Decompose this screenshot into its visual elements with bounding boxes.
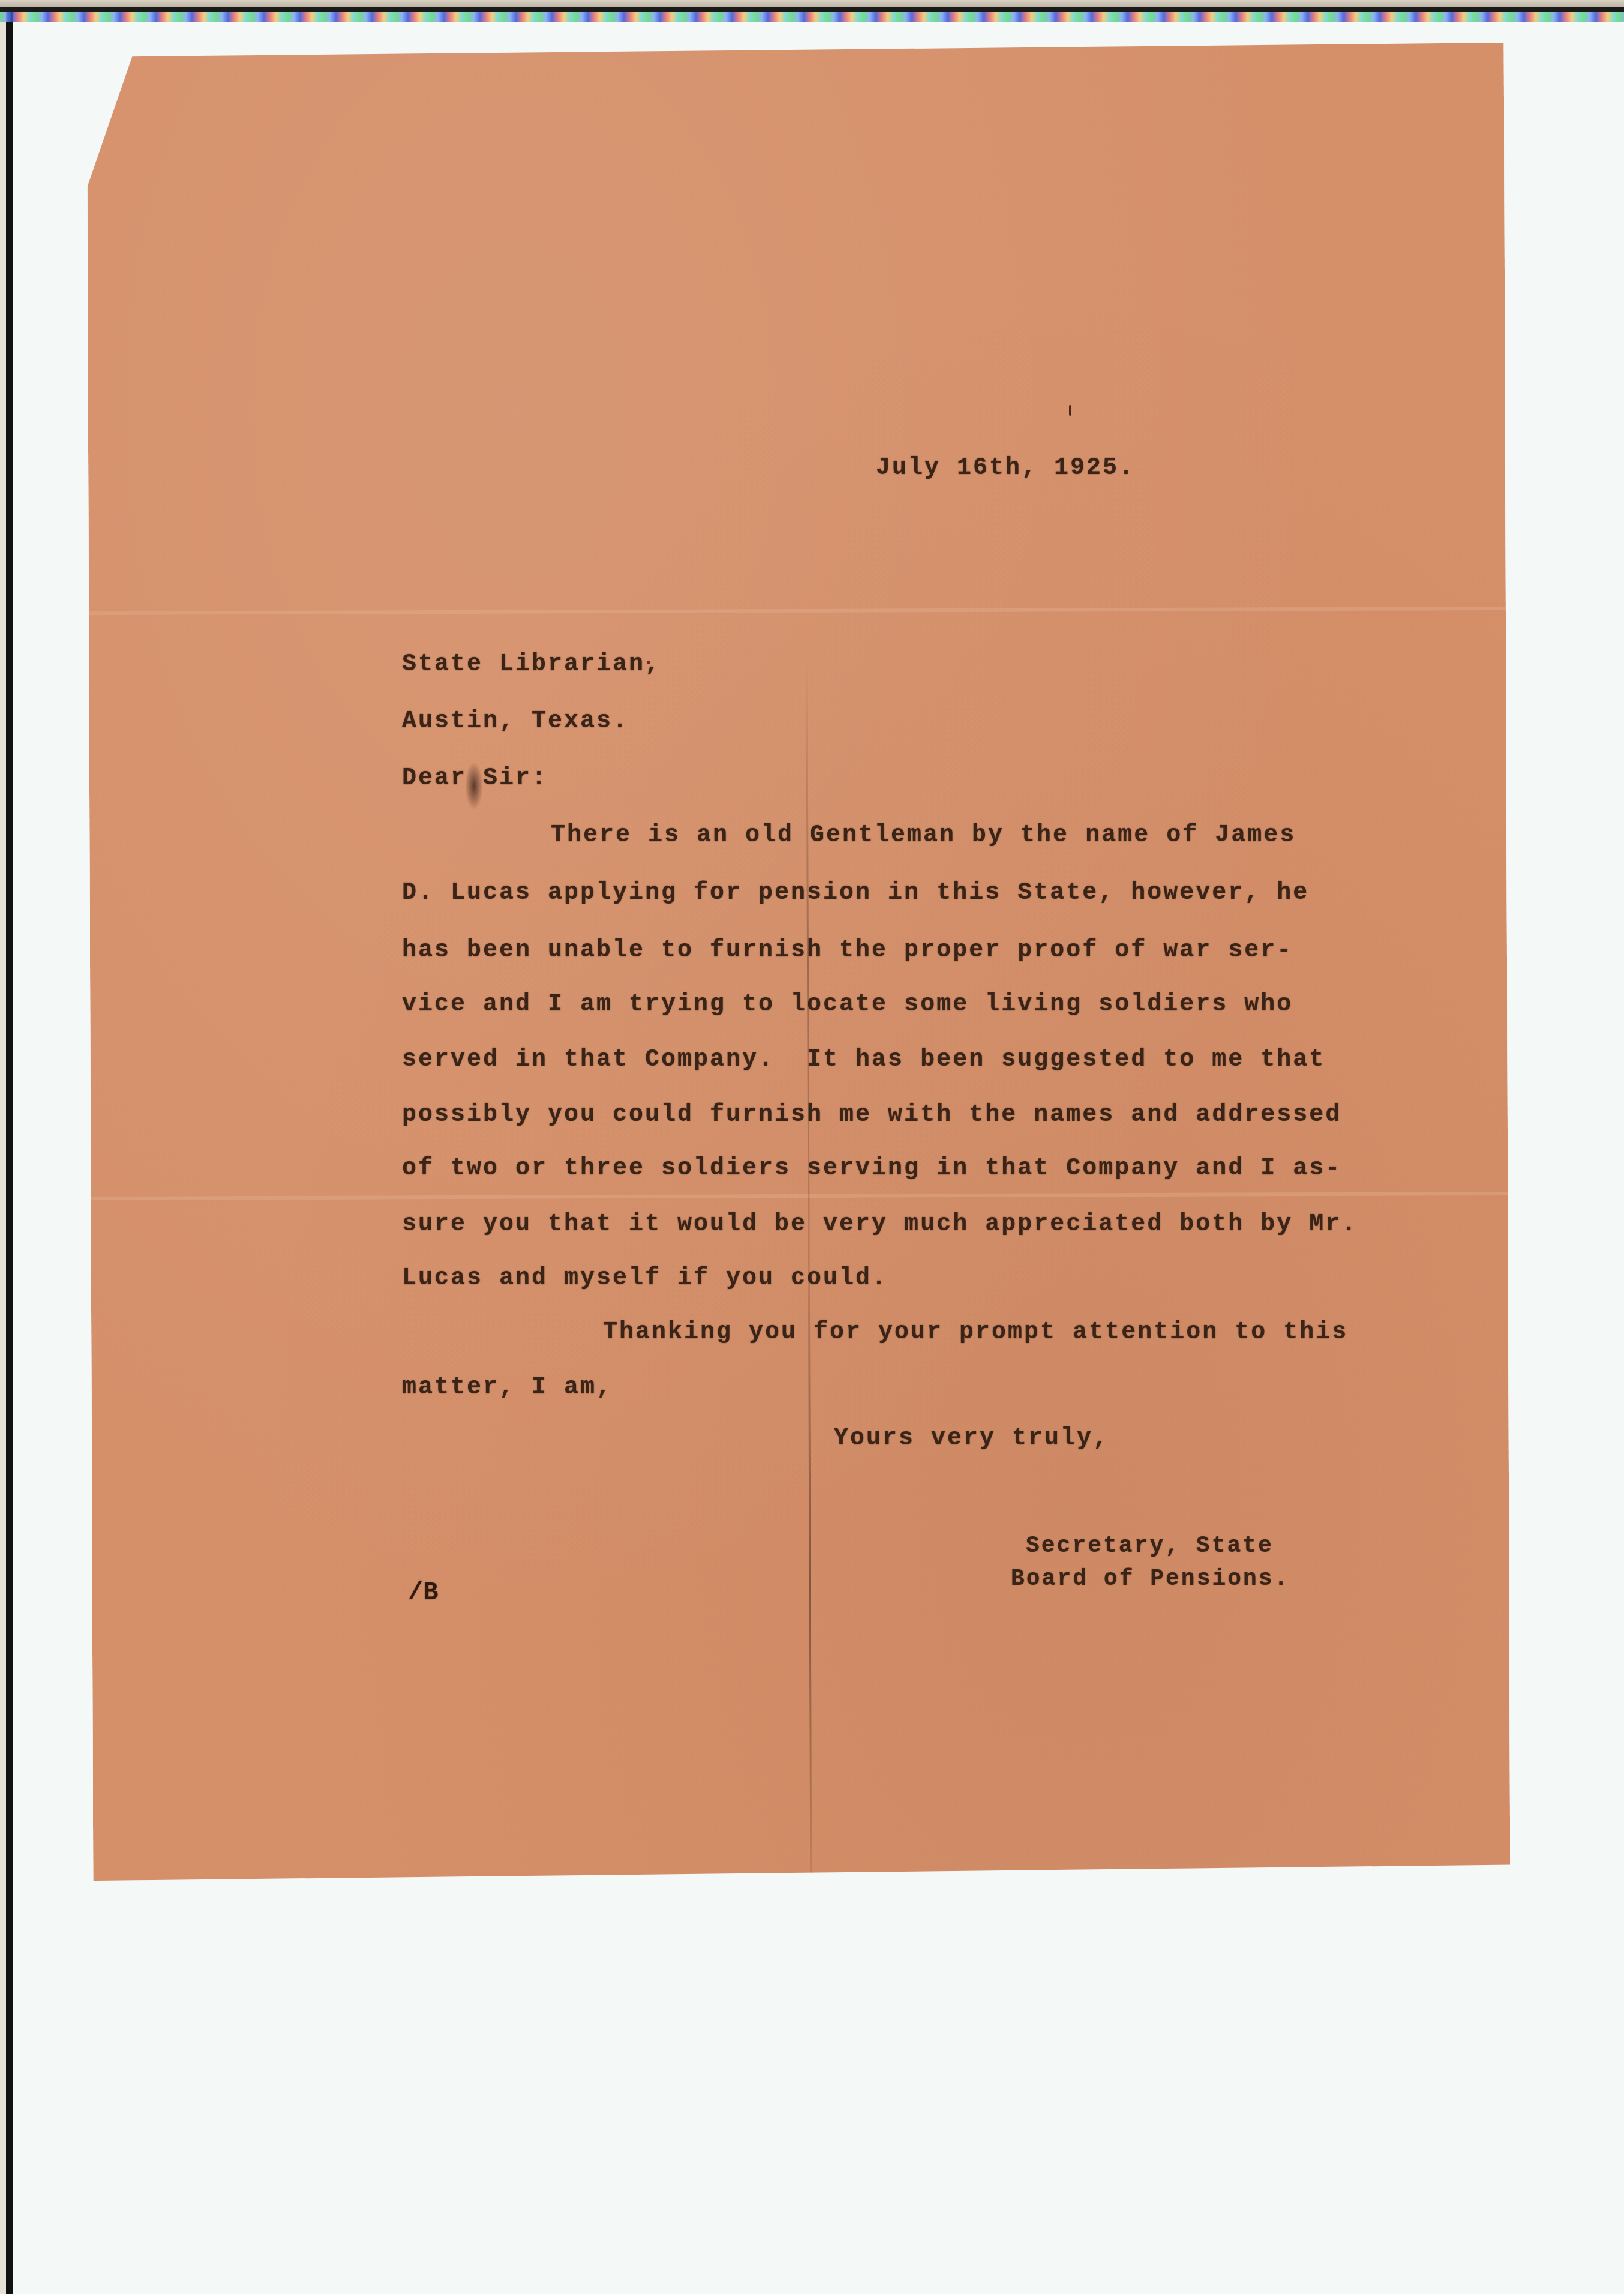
typist-initials: /B [408, 1578, 438, 1607]
ink-mark [1069, 405, 1071, 416]
body-line-9: Lucas and myself if you could. [402, 1265, 888, 1292]
scanner-top-border [0, 7, 1624, 12]
signature-title-line-2: Board of Pensions. [1011, 1566, 1289, 1592]
fold-line-upper [89, 607, 1506, 615]
body-line-7: of two or three soldiers serving in that… [402, 1155, 1341, 1182]
complimentary-close: Yours very truly, [834, 1425, 1109, 1452]
body-line-2: D. Lucas applying for pension in this St… [402, 880, 1309, 907]
salutation: Dear Sir: [402, 765, 548, 792]
body-line-10: Thanking you for your prompt attention t… [603, 1319, 1348, 1346]
scanner-color-calibration-band [0, 12, 1624, 22]
signature-title-line-1: Secretary, State [1026, 1533, 1274, 1559]
body-line-5: served in that Company. It has been sugg… [402, 1046, 1325, 1073]
body-line-8: sure you that it would be very much appr… [402, 1211, 1358, 1238]
body-line-6: possibly you could furnish me with the n… [402, 1102, 1341, 1129]
fold-line-lower [91, 1192, 1508, 1200]
body-line-4: vice and I am trying to locate some livi… [402, 991, 1293, 1018]
body-line-3: has been unable to furnish the proper pr… [402, 937, 1293, 964]
body-line-1: There is an old Gentleman by the name of… [551, 822, 1296, 849]
scanner-left-edge [0, 8, 6, 2294]
letter-date: July 16th, 1925. [876, 455, 1135, 482]
recipient-line-1: State Librarian, [402, 651, 661, 678]
body-line-11: matter, I am, [402, 1374, 613, 1401]
recipient-line-2: Austin, Texas. [402, 708, 629, 735]
scanner-left-border [6, 8, 13, 2294]
